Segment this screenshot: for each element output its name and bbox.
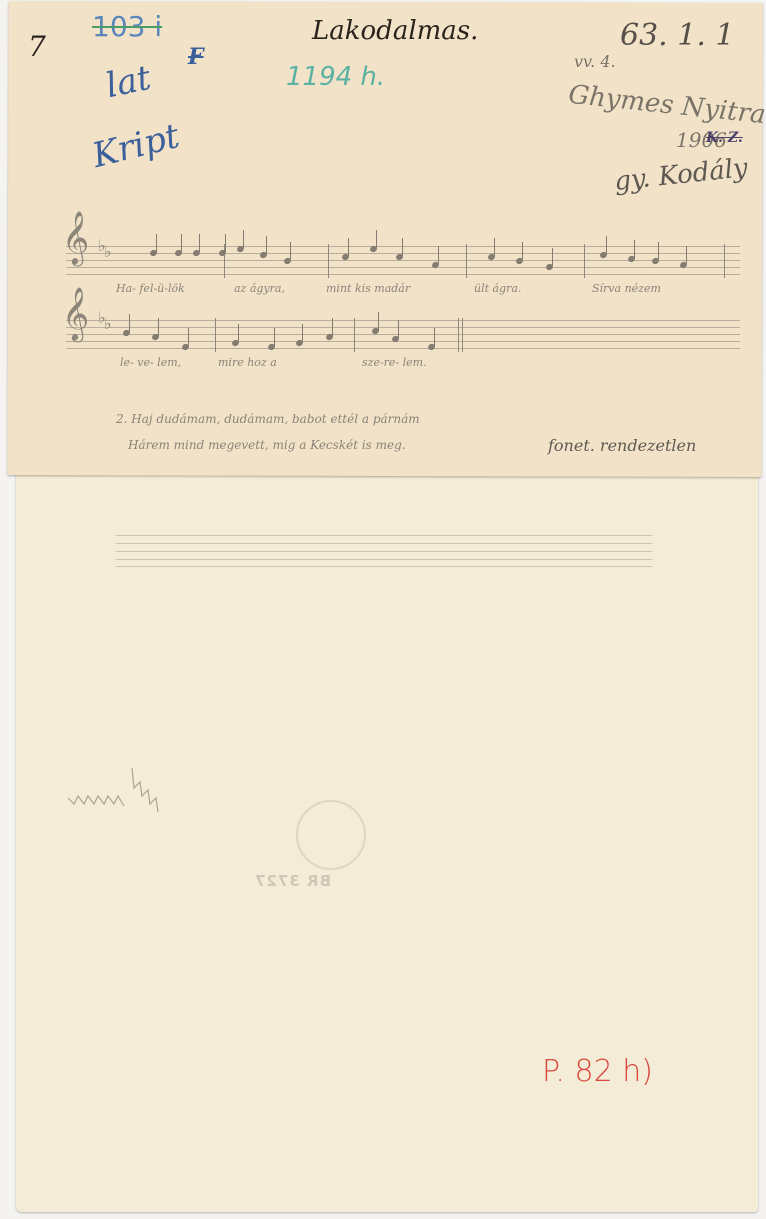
lyric: Sírva nézem (592, 282, 661, 295)
note-stem (188, 328, 189, 346)
note-stem (156, 234, 157, 252)
verse-2-line-1: 2. Haj dudámam, dudámam, babot ettél a p… (116, 412, 420, 426)
barline (724, 244, 725, 278)
note-stem (494, 238, 495, 256)
flat-icon: ♭ (104, 314, 112, 333)
verse-2-line-2: Hárem mind megevett, mig a Kecskét is me… (128, 438, 406, 452)
note-stem (438, 246, 439, 264)
barline (354, 318, 355, 352)
music-staff-1 (66, 246, 740, 276)
lyric: mint kis madár (326, 282, 410, 295)
phonetic-note: fonet. rendezetlen (548, 436, 696, 455)
barline (466, 244, 467, 278)
note-stem (634, 240, 635, 258)
treble-clef-icon: 𝄞 (62, 286, 89, 342)
reference-code: 63. 1. 1 (620, 18, 735, 53)
note-stem (606, 236, 607, 254)
note-stem (402, 238, 403, 256)
lyric: Ha- fel-ü-lök (116, 282, 185, 295)
lyric: ült ágra. (474, 282, 521, 295)
note-stem (658, 242, 659, 260)
note-stem (290, 242, 291, 260)
note-stem (199, 234, 200, 252)
note-stem (266, 236, 267, 254)
red-reference: P. 82 h) (542, 1054, 653, 1089)
barline (458, 318, 459, 352)
lyric: le- ve- lem, (120, 356, 181, 369)
note-stem (686, 246, 687, 264)
note-stem (302, 324, 303, 342)
note-stem (398, 320, 399, 338)
struck-year-note: K. Z. (706, 130, 743, 146)
note-stem (348, 238, 349, 256)
note-stem (434, 328, 435, 346)
struck-catalog-sub: F (188, 44, 204, 70)
note-stem (243, 230, 244, 248)
song-title: Lakodalmas. (312, 16, 478, 46)
new-catalog-number: 1194 h. (286, 62, 385, 92)
note-stem (376, 230, 377, 248)
note-stem (552, 248, 553, 266)
archive-stamp-number: BR 3727 (254, 872, 331, 890)
note-stem (129, 314, 130, 332)
note-stem (332, 318, 333, 336)
empty-staff (116, 535, 652, 567)
note-stem (274, 328, 275, 346)
lyric: sze-re- lem. (362, 356, 427, 369)
pencil-scribble (64, 760, 174, 860)
verse-info: vv. 4. (574, 52, 616, 71)
faint-stamp-circle (296, 800, 366, 870)
barline (215, 318, 216, 352)
barline (328, 244, 329, 278)
note-stem (238, 324, 239, 342)
note-stem (181, 234, 182, 252)
barline (584, 244, 585, 278)
flat-icon: ♭ (104, 242, 112, 261)
note-stem (225, 234, 226, 252)
note-stem (158, 318, 159, 336)
lyric: az ágyra, (234, 282, 285, 295)
page-number: 7 (28, 30, 46, 63)
note-stem (522, 242, 523, 260)
note-stem (378, 312, 379, 330)
treble-clef-icon: 𝄞 (62, 210, 89, 266)
struck-catalog-number: 103 i (92, 10, 162, 43)
barline (462, 318, 463, 352)
music-staff-2 (66, 320, 740, 350)
lyric: mire hoz a (218, 356, 277, 369)
